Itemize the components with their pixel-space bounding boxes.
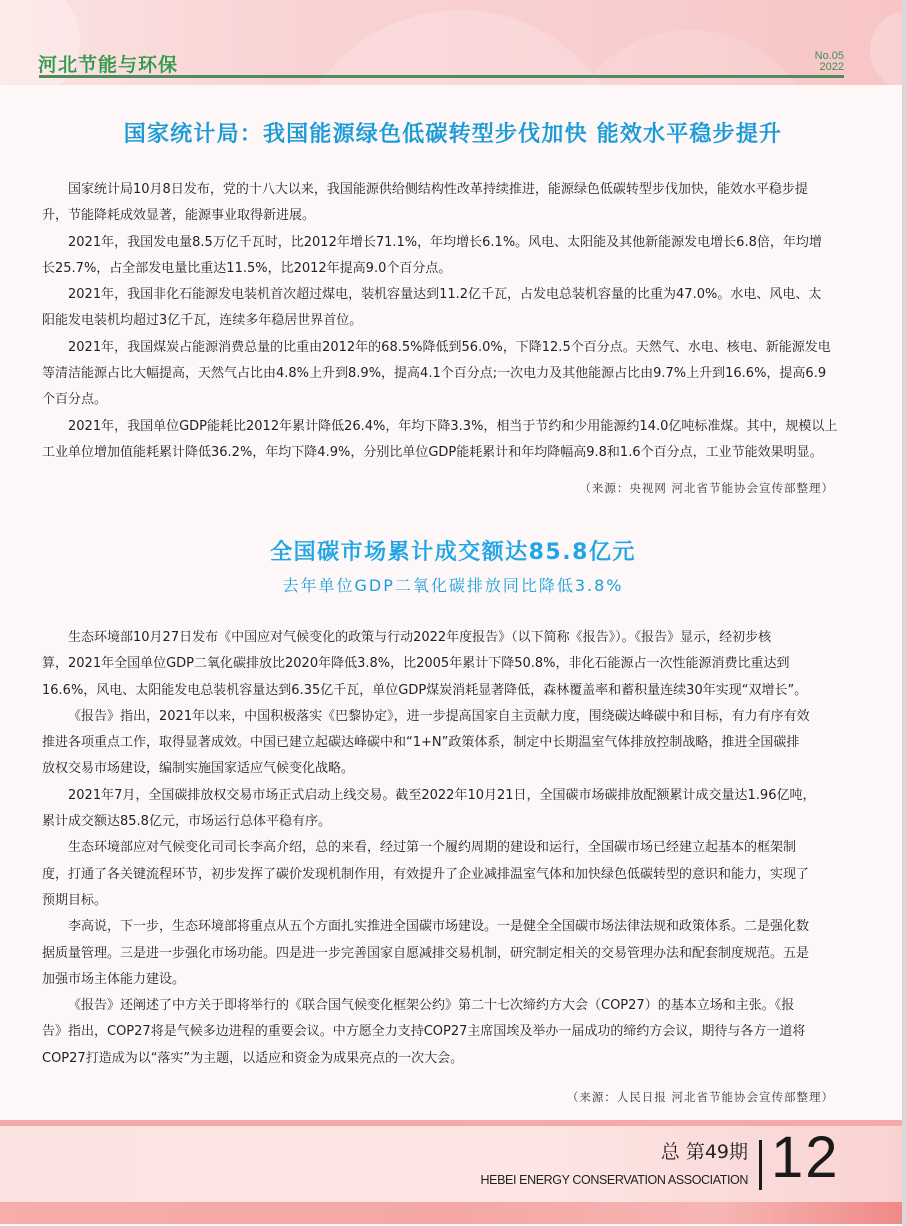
article2-title: 全国碳市场累计成交额达85.8亿元 <box>0 535 906 566</box>
paragraph-line: 推进各项重点工作，取得显著成效。中国已建立起碳达峰碳中和“1+N”政策体系，制定… <box>42 730 847 756</box>
association-name: HEBEI ENERGY CONSERVATION ASSOCIATION <box>481 1173 748 1187</box>
decorative-bubble <box>290 10 630 85</box>
paragraph-line: 2021年，我国非化石能源发电装机首次超过煤电，装机容量达到11.2亿千瓦，占发… <box>42 282 847 308</box>
article1-source: （来源：央视网 河北省节能协会宣传部整理） <box>579 480 834 496</box>
article1-title: 国家统计局：我国能源绿色低碳转型步伐加快 能效水平稳步提升 <box>0 117 906 148</box>
paragraph-line: 《报告》指出，2021年以来，中国积极落实《巴黎协定》，进一步提高国家自主贡献力… <box>42 704 847 730</box>
paragraph-line: 16.6%，风电、太阳能发电总装机容量达到6.35亿千瓦，单位GDP煤炭消耗显著… <box>42 678 847 704</box>
page-edge <box>902 0 906 1226</box>
paragraph-line: 据质量管理。三是进一步强化市场功能。四是进一步完善国家自愿减排交易机制，研究制定… <box>42 941 847 967</box>
paragraph-line: 阳能发电装机均超过3亿千瓦，连续多年稳居世界首位。 <box>42 308 847 334</box>
paragraph-line: 2021年，我国单位GDP能耗比2012年累计降低26.4%，年均下降3.3%，… <box>42 414 847 440</box>
footer-band <box>0 1126 902 1202</box>
footer-bottom-band <box>0 1202 902 1224</box>
total-issue-number: 总 第49期 <box>661 1137 748 1164</box>
article2-body: 生态环境部10月27日发布《中国应对气候变化的政策与行动2022年度报告》（以下… <box>42 625 847 1072</box>
header-rule <box>39 75 844 78</box>
paragraph-line: 生态环境部应对气候变化司司长李高介绍，总的来看，经过第一个履约周期的建设和运行，… <box>42 835 847 861</box>
article1-body: 国家统计局10月8日发布，党的十八大以来，我国能源供给侧结构性改革持续推进，能源… <box>42 177 847 466</box>
article2-subtitle: 去年单位GDP二氧化碳排放同比降低3.8% <box>0 573 906 596</box>
page-number-divider <box>759 1140 762 1190</box>
paragraph-line: 李高说，下一步，生态环境部将重点从五个方面扎实推进全国碳市场建设。一是健全全国碳… <box>42 914 847 940</box>
paragraph-line: 升，节能降耗成效显著，能源事业取得新进展。 <box>42 203 847 229</box>
paragraph-line: 2021年，我国发电量8.5万亿千瓦时，比2012年增长71.1%，年均增长6.… <box>42 230 847 256</box>
magazine-title: 河北节能与环保 <box>38 50 178 77</box>
article2-source: （来源：人民日报 河北省节能协会宣传部整理） <box>567 1089 834 1105</box>
paragraph-line: 长25.7%，占全部发电量比重达11.5%，比2012年提高9.0个百分点。 <box>42 256 847 282</box>
paragraph-line: 等清洁能源占比大幅提高，天然气占比由4.8%上升到8.9%，提高4.1个百分点;… <box>42 361 847 387</box>
paragraph-line: 生态环境部10月27日发布《中国应对气候变化的政策与行动2022年度报告》（以下… <box>42 625 847 651</box>
paragraph-line: 预期目标。 <box>42 888 847 914</box>
paragraph-line: 放权交易市场建设，编制实施国家适应气候变化战略。 <box>42 756 847 782</box>
paragraph-line: 度，打通了各关键流程环节，初步发挥了碳价发现机制作用，有效提升了企业减排温室气体… <box>42 862 847 888</box>
paragraph-line: 加强市场主体能力建设。 <box>42 967 847 993</box>
paragraph-line: COP27打造成为以“落实”为主题，以适应和资金为成果亮点的一次大会。 <box>42 1046 847 1072</box>
decorative-bubble <box>870 10 902 85</box>
paragraph-line: 2021年7月，全国碳排放权交易市场正式启动上线交易。截至2022年10月21日… <box>42 783 847 809</box>
paragraph-line: 算，2021年全国单位GDP二氧化碳排放比2020年降低3.8%，比2005年累… <box>42 651 847 677</box>
issue-year: 2022 <box>815 62 844 73</box>
paragraph-line: 累计成交额达85.8亿元，市场运行总体平稳有序。 <box>42 809 847 835</box>
issue-info: No.05 2022 <box>815 51 844 73</box>
paragraph-line: 国家统计局10月8日发布，党的十八大以来，我国能源供给侧结构性改革持续推进，能源… <box>42 177 847 203</box>
paragraph-line: 2021年，我国煤炭占能源消费总量的比重由2012年的68.5%降低到56.0%… <box>42 335 847 361</box>
page-number: 12 <box>771 1126 840 1190</box>
paragraph-line: 告》指出，COP27将是气候多边进程的重要会议。中方愿全力支持COP27主席国埃… <box>42 1019 847 1045</box>
paragraph-line: 工业单位增加值能耗累计降低36.2%，年均下降4.9%，分别比单位GDP能耗累计… <box>42 440 847 466</box>
paragraph-line: 《报告》还阐述了中方关于即将举行的《联合国气候变化框架公约》第二十七次缔约方大会… <box>42 993 847 1019</box>
paragraph-line: 个百分点。 <box>42 387 847 413</box>
